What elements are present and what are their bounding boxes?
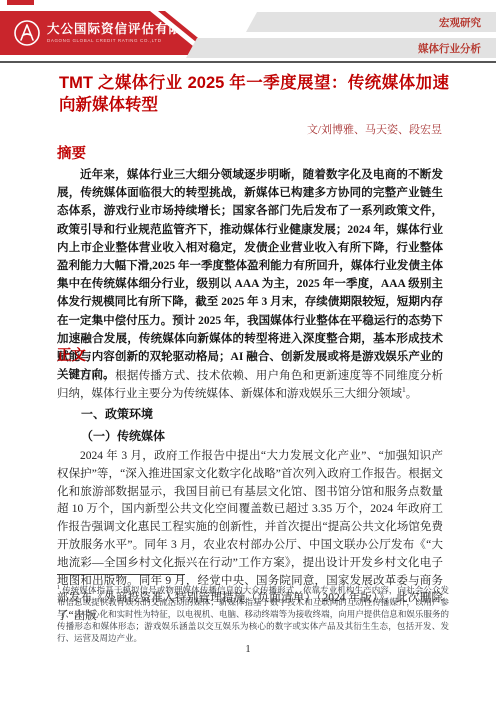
corner-accent <box>7 0 34 5</box>
subsection-heading-traditional-media: （一）传统媒体 <box>57 427 443 444</box>
abstract-body: 近年来，媒体行业三大细分领域逐步明晰，随着数字化及电商的不断发展，传统媒体面临很… <box>57 166 443 384</box>
footnote: 1 传统媒体指基于模拟信号或物理媒体传播信息的大众传播形式，依靠专业机构生产内容… <box>57 582 449 644</box>
footnote-text: 传统媒体指基于模拟信号或物理媒体传播信息的大众传播形式，依靠专业机构生产内容，向… <box>57 585 449 643</box>
dagong-logo-icon <box>13 19 41 47</box>
header-banner: 大公国际资信评估有限公司 DAGONG GLOBAL CREDIT RATING… <box>0 11 216 55</box>
footnote-marker: 1 <box>57 585 60 591</box>
section-heading-policy: 一、政策环境 <box>57 405 443 422</box>
report-category-label: 宏观研究 <box>439 15 481 30</box>
company-name-en: DAGONG GLOBAL CREDIT RATING CO.,LTD <box>47 39 209 44</box>
company-logo-text: 大公国际资信评估有限公司 DAGONG GLOBAL CREDIT RATING… <box>47 23 209 43</box>
maintext-heading: 正文 <box>57 344 86 365</box>
byline: 文/刘博雅、马天姿、段宏昱 <box>57 121 442 137</box>
page-title: TMT 之媒体行业 2025 年一季度展望：传统媒体加速向新媒体转型 <box>59 72 449 116</box>
intro-paragraph: 目前，根据传播方式、技术依赖、用户角色和更新速度等不同维度分析归纳，媒体行业主要… <box>57 368 443 404</box>
report-subcategory-label: 媒体行业分析 <box>418 41 481 56</box>
footnote-divider <box>57 574 185 575</box>
report-category-bar: 宏观研究 <box>246 12 496 32</box>
intro-text-end: 。 <box>406 388 418 400</box>
report-subcategory-bar: 媒体行业分析 <box>186 38 496 58</box>
intro-text: 目前，根据传播方式、技术依赖、用户角色和更新速度等不同维度分析归纳，媒体行业主要… <box>57 370 443 400</box>
abstract-heading: 摘要 <box>57 142 86 163</box>
report-page: 大公国际资信评估有限公司 DAGONG GLOBAL CREDIT RATING… <box>0 0 496 701</box>
page-number: 1 <box>0 644 496 655</box>
header-divider <box>0 61 496 63</box>
